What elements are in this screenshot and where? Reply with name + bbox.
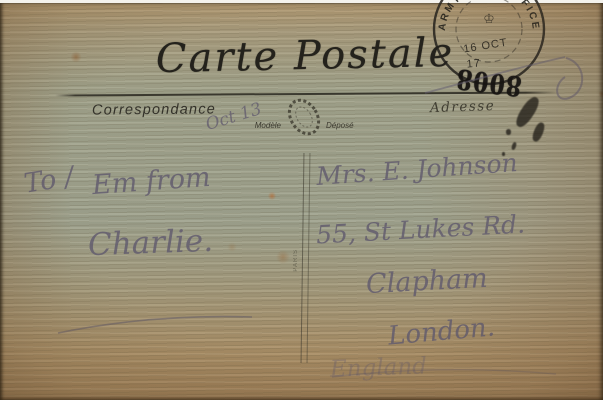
correspondence-label: Correspondance [92,101,216,118]
postmark-date-line1: 16 OCT [463,37,509,56]
handwritten-address-name: Mrs. E. Johnson [315,148,518,191]
center-divider [301,153,311,363]
emblem-left-label: Modèle [255,121,282,130]
printer-mark: PARIS [293,249,299,272]
handwritten-message-to: To / [22,161,76,199]
wreath-icon [283,95,324,139]
ink-smudge [506,129,511,135]
handwritten-signature: Charlie. [87,223,213,263]
handwritten-address-district: Clapham [365,263,488,300]
emblem-right-label: Déposé [326,121,354,130]
crown-icon: ♔ [483,12,495,27]
pencil-stroke [58,317,252,333]
postcard-photo: Carte Postale Correspondance Modèle Dépo… [0,3,603,400]
handwritten-message-from: Em from [91,162,212,201]
handwritten-address-street: 55, St Lukes Rd. [315,210,525,250]
handwritten-address-country: England [330,353,428,382]
modele-depose-emblem: Modèle Déposé [254,91,354,147]
handwritten-address-city: London. [387,312,496,351]
